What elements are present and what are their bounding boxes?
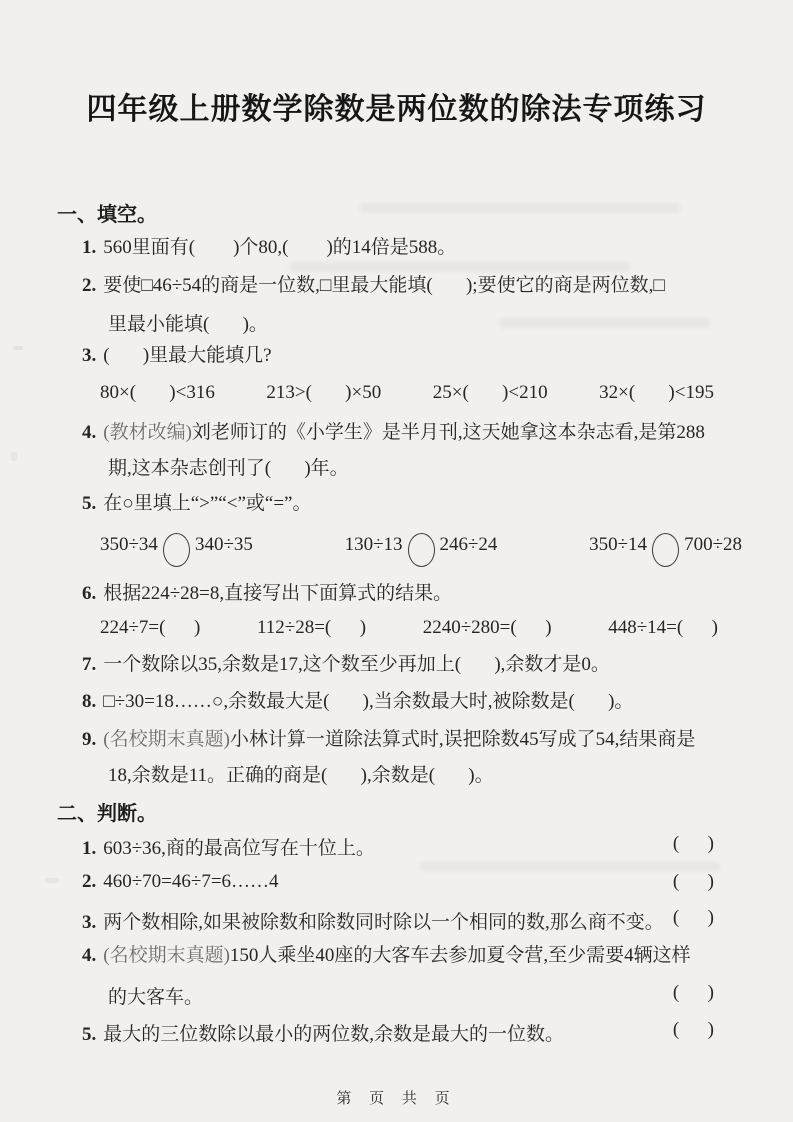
fill-q5-cmp1: 350÷34340÷35 [100, 528, 253, 562]
fill-q5-cmp1-left: 350÷34 [100, 534, 158, 556]
fill-q3-text: ( )里最大能填几? [103, 345, 271, 366]
judge-q4-statement2: 的大客车。 [108, 982, 203, 1009]
judge-q3-statement: 两个数相除,如果被除数和除数同时除以一个相同的数,那么商不变。 [103, 912, 664, 933]
fill-q1-number: 1. [82, 237, 103, 258]
judge-q4-line2: 的大客车。 ( ) [108, 982, 714, 1009]
fill-q6-res3: 2240÷280=( ) [423, 617, 552, 639]
comparison-circle-blank [652, 533, 679, 567]
judge-q1: 1.603÷36,商的最高位写在十位上。 ( ) [82, 833, 714, 860]
judge-q2-answer-blank: ( ) [673, 871, 714, 893]
fill-q1: 1.560里面有( )个80,( )的14倍是588。 [82, 236, 456, 260]
judge-q3: 3.两个数相除,如果被除数和除数同时除以一个相同的数,那么商不变。 ( ) [82, 907, 714, 934]
fill-q4-text2: 期,这本杂志创刊了( )年。 [108, 458, 349, 479]
fill-q7: 7.一个数除以35,余数是17,这个数至少再加上( ),余数才是0。 [82, 653, 610, 677]
fill-q3: 3.( )里最大能填几? [82, 344, 272, 368]
fill-q7-text: 一个数除以35,余数是17,这个数至少再加上( ),余数才是0。 [103, 654, 610, 675]
judge-q2: 2.460÷70=46÷7=6……4 ( ) [82, 871, 714, 893]
fill-q6-res2: 112÷28=( ) [257, 617, 366, 639]
fill-q3-eq1: 80×( )<316 [100, 382, 215, 404]
judge-q3-number: 3. [82, 912, 103, 933]
judge-q3-answer-blank: ( ) [673, 907, 714, 934]
fill-q9-line2: 18,余数是11。正确的商是( ),余数是( )。 [108, 764, 494, 788]
comparison-circle-blank [408, 533, 435, 567]
bleed-through-ghost [290, 262, 630, 272]
judge-q4-answer-blank: ( ) [673, 982, 714, 1009]
fill-q2-text2: 里最小能填( )。 [108, 314, 268, 335]
fill-q9-number: 9. [82, 729, 103, 750]
fill-q4-text1: 刘老师订的《小学生》是半月刊,这天她拿这本杂志看,是第288 [192, 422, 705, 443]
section-fill-heading: 一、填空。 [57, 198, 157, 227]
fill-q5-cmp3-right: 700÷28 [684, 534, 742, 556]
bleed-through-ghost [420, 862, 720, 871]
fill-q5-number: 5. [82, 493, 103, 514]
fill-q5-comparisons: 350÷34340÷35 130÷13246÷24 350÷14700÷28 [100, 528, 742, 562]
fill-q9-text1: 小林计算一道除法算式时,误把除数45写成了54,结果商是 [230, 729, 696, 750]
fill-q4-source-tag: (教材改编) [103, 422, 192, 443]
fill-q9-line1: 9.(名校期末真题)小林计算一道除法算式时,误把除数45写成了54,结果商是 [82, 728, 695, 752]
scan-smudge [45, 878, 59, 883]
fill-q3-eq4: 32×( )<195 [599, 382, 714, 404]
fill-q6-res1: 224÷7=( ) [100, 617, 200, 639]
judge-q2-number: 2. [82, 871, 103, 892]
fill-q3-number: 3. [82, 345, 103, 366]
fill-q9-source-tag: (名校期末真题) [103, 729, 230, 750]
judge-q3-text: 3.两个数相除,如果被除数和除数同时除以一个相同的数,那么商不变。 [82, 907, 664, 934]
fill-q2-line1: 2.要使□46÷54的商是一位数,□里最大能填( );要使它的商是两位数,□ [82, 274, 665, 298]
fill-q1-text: 560里面有( )个80,( )的14倍是588。 [103, 237, 456, 258]
fill-q6-text: 根据224÷28=8,直接写出下面算式的结果。 [103, 583, 452, 604]
judge-q1-statement: 603÷36,商的最高位写在十位上。 [103, 838, 375, 859]
scan-smudge [13, 346, 23, 350]
fill-q5-cmp2-right: 246÷24 [440, 534, 498, 556]
judge-q4-source-tag: (名校期末真题) [103, 945, 230, 966]
page-footer: 第 页 共 页 [0, 1087, 793, 1108]
bleed-through-ghost [360, 203, 680, 213]
fill-q4-number: 4. [82, 422, 103, 443]
judge-q5-number: 5. [82, 1024, 103, 1045]
judge-q4-line1: 4.(名校期末真题)150人乘坐40座的大客车去参加夏令营,至少需要4辆这样 [82, 944, 691, 968]
judge-q1-text: 1.603÷36,商的最高位写在十位上。 [82, 833, 375, 860]
fill-q8: 8.□÷30=18……○,余数最大是( ),当余数最大时,被除数是( )。 [82, 690, 633, 714]
fill-q7-number: 7. [82, 654, 103, 675]
judge-q1-answer-blank: ( ) [673, 833, 714, 860]
fill-q5: 5.在○里填上“>”“<”或“=”。 [82, 492, 311, 516]
fill-q6: 6.根据224÷28=8,直接写出下面算式的结果。 [82, 582, 452, 606]
worksheet-page: 四年级上册数学除数是两位数的除法专项练习 一、填空。 1.560里面有( )个8… [0, 0, 793, 1122]
judge-q5-text: 5.最大的三位数除以最小的两位数,余数是最大的一位数。 [82, 1019, 564, 1046]
judge-q4-number: 4. [82, 945, 103, 966]
fill-q6-results: 224÷7=( ) 112÷28=( ) 2240÷280=( ) 448÷14… [100, 617, 718, 639]
fill-q3-equations: 80×( )<316 213>( )×50 25×( )<210 32×( )<… [100, 382, 714, 404]
judge-q2-statement: 460÷70=46÷7=6……4 [103, 871, 278, 892]
judge-q5-statement: 最大的三位数除以最小的两位数,余数是最大的一位数。 [103, 1024, 564, 1045]
fill-q2-line2: 里最小能填( )。 [108, 313, 268, 337]
fill-q5-cmp2-left: 130÷13 [345, 534, 403, 556]
fill-q2-number: 2. [82, 275, 103, 296]
scan-smudge [11, 452, 17, 461]
fill-q3-eq3: 25×( )<210 [433, 382, 548, 404]
page-title: 四年级上册数学除数是两位数的除法专项练习 [0, 84, 793, 128]
judge-q2-text: 2.460÷70=46÷7=6……4 [82, 871, 279, 893]
fill-q4-line2: 期,这本杂志创刊了( )年。 [108, 457, 349, 481]
judge-q5-answer-blank: ( ) [673, 1019, 714, 1046]
fill-q5-text: 在○里填上“>”“<”或“=”。 [103, 493, 311, 514]
judge-q1-number: 1. [82, 838, 103, 859]
fill-q8-text: □÷30=18……○,余数最大是( ),当余数最大时,被除数是( )。 [103, 691, 633, 712]
bleed-through-ghost [500, 318, 710, 328]
fill-q5-cmp3-left: 350÷14 [589, 534, 647, 556]
fill-q5-cmp3: 350÷14700÷28 [589, 528, 742, 562]
judge-q5: 5.最大的三位数除以最小的两位数,余数是最大的一位数。 ( ) [82, 1019, 714, 1046]
fill-q8-number: 8. [82, 691, 103, 712]
comparison-circle-blank [163, 533, 190, 567]
fill-q4-line1: 4.(教材改编)刘老师订的《小学生》是半月刊,这天她拿这本杂志看,是第288 [82, 421, 705, 445]
fill-q5-cmp1-right: 340÷35 [195, 534, 253, 556]
fill-q2-text1: 要使□46÷54的商是一位数,□里最大能填( );要使它的商是两位数,□ [103, 275, 665, 296]
fill-q6-res4: 448÷14=( ) [608, 617, 718, 639]
section-judge-heading: 二、判断。 [57, 797, 157, 826]
fill-q3-eq2: 213>( )×50 [266, 382, 381, 404]
fill-q9-text2: 18,余数是11。正确的商是( ),余数是( )。 [108, 765, 494, 786]
fill-q6-number: 6. [82, 583, 103, 604]
judge-q4-statement1: 150人乘坐40座的大客车去参加夏令营,至少需要4辆这样 [230, 945, 691, 966]
fill-q5-cmp2: 130÷13246÷24 [345, 528, 498, 562]
